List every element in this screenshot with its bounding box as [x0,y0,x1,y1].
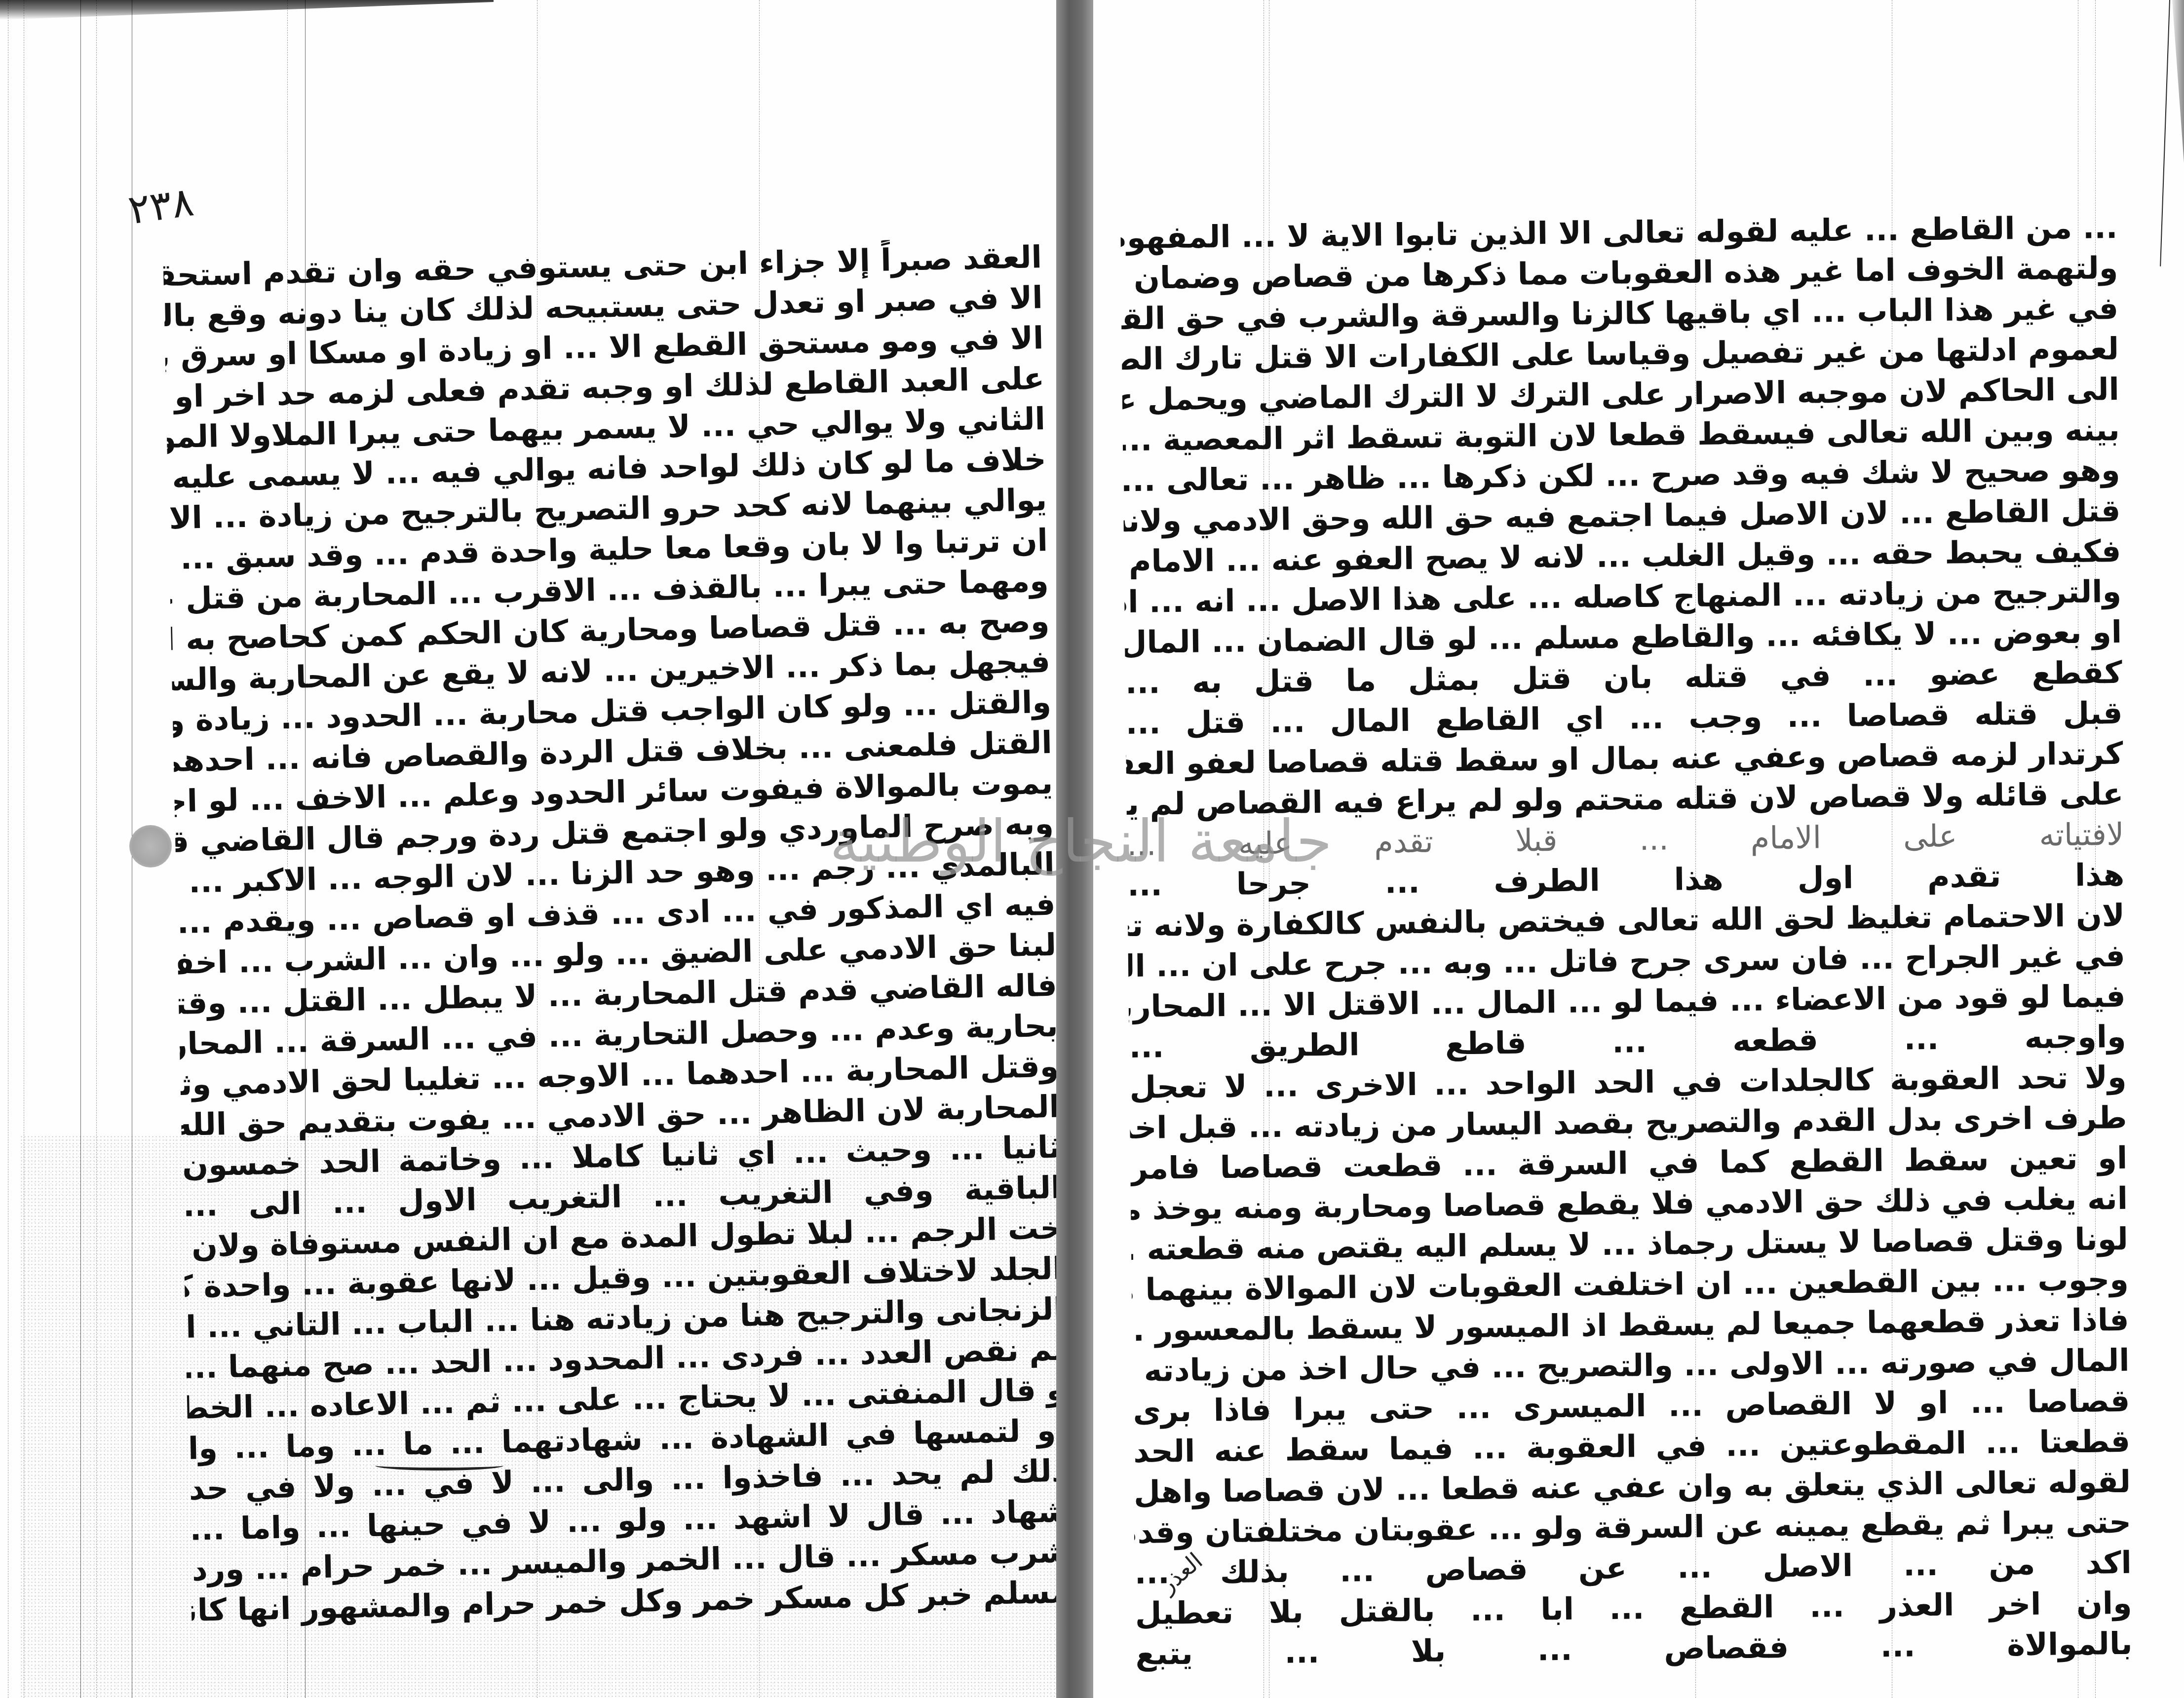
pen-flourish [375,1461,503,1471]
scan-shadow [0,0,494,20]
page-number: ٢٣٨ [125,178,196,233]
left-page-text: العقد صبراً إلا جزاء ابن حتى يستوفي حقه … [163,237,1056,1631]
ruling-line [80,0,81,1698]
ruling-line [96,0,97,1698]
right-page-text: ... من القاطع ... عليه لقوله تعالى الا ا… [1120,207,2133,1674]
ruling-line [8,0,9,1698]
punch-hole [129,825,172,868]
library-watermark: جامعة النجاح الوطنية [770,809,1392,873]
ruling-line [24,0,25,1698]
manuscript-spread: ٢٣٨ العقد صبراً إلا جزاء ابن حتى يستوفي … [0,0,2184,1698]
